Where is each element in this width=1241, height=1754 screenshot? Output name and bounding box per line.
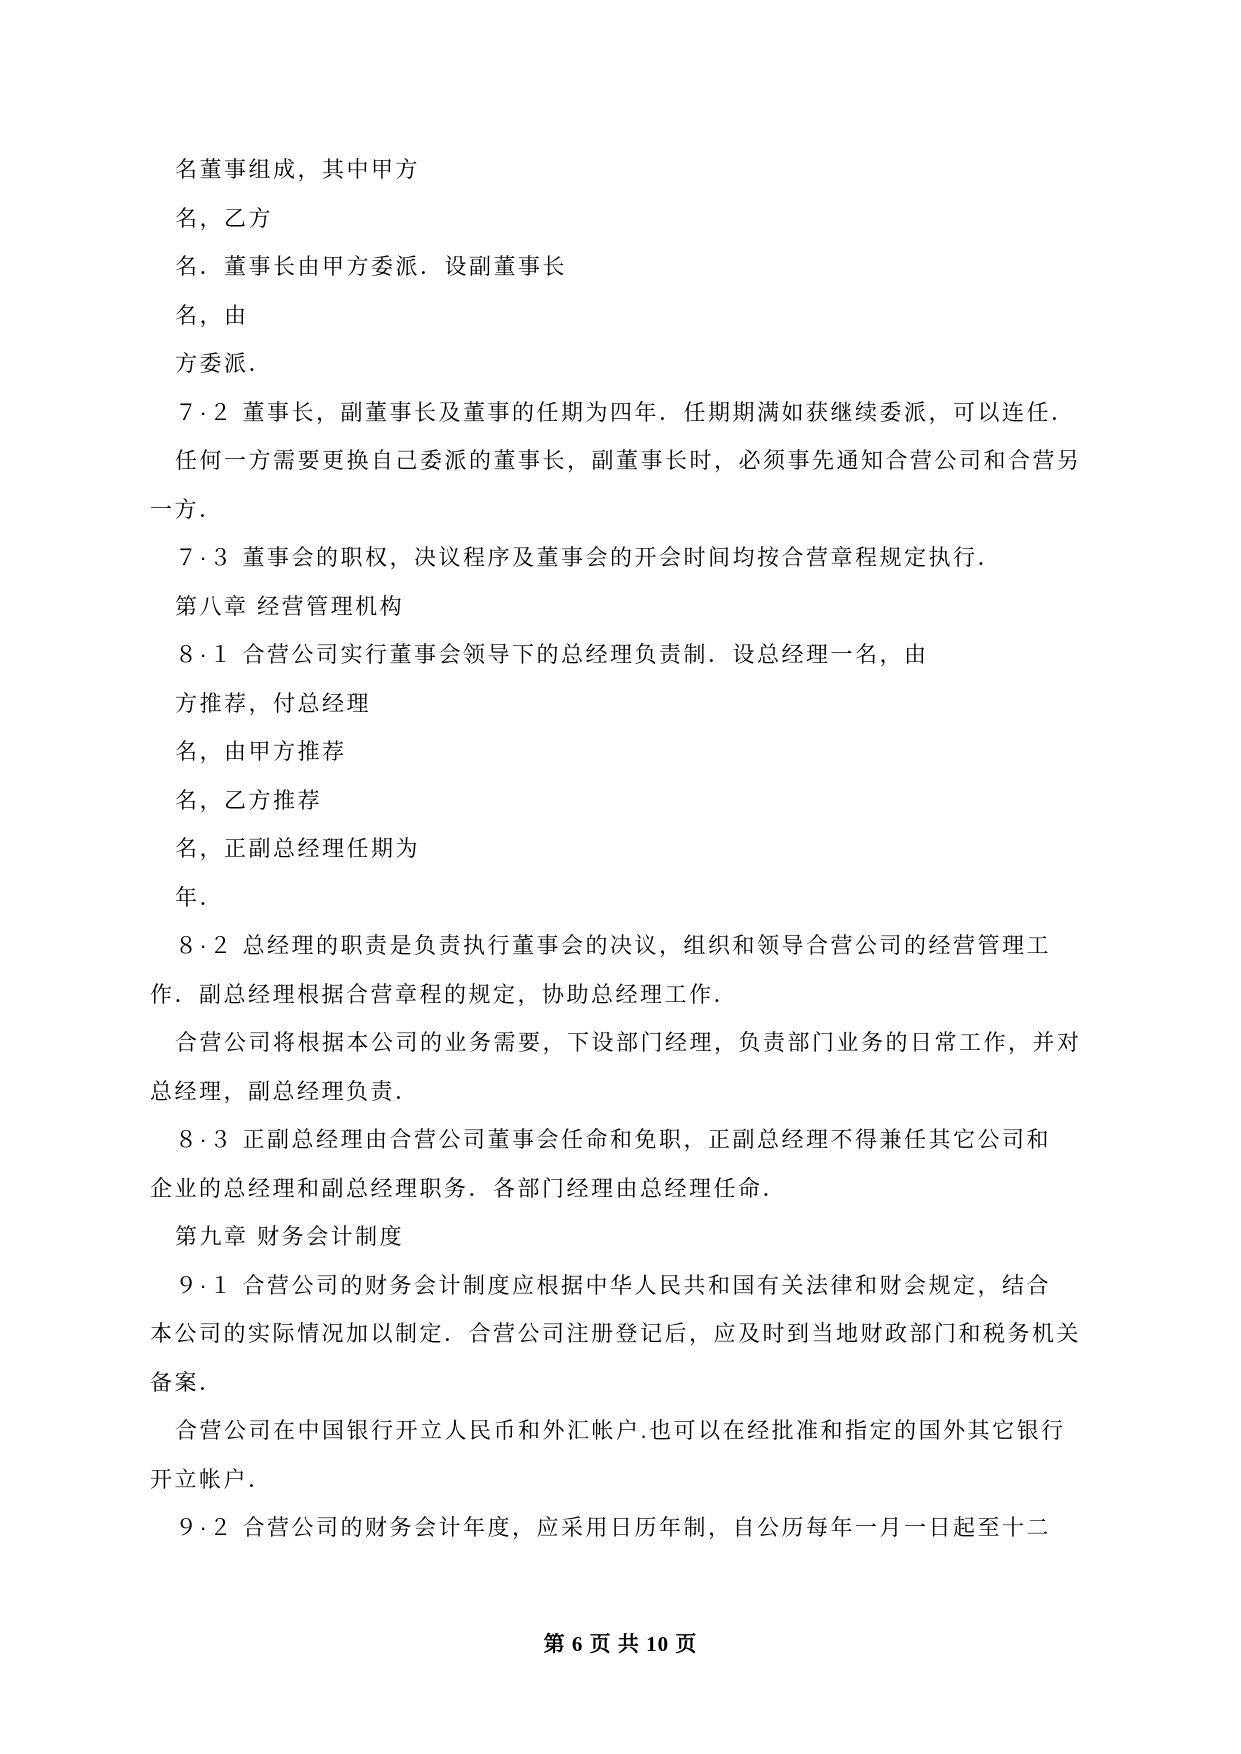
text-line: 年．: [150, 874, 1110, 923]
text-line: 本公司的实际情况加以制定．合营公司注册登记后，应及时到当地财政部门和税务机关: [150, 1310, 1110, 1359]
text-line: 任何一方需要更换自己委派的董事长，副董事长时，必须事先通知合营公司和合营另: [150, 437, 1110, 486]
text-line: 名，乙方推荐: [150, 777, 1110, 826]
text-line: ９·２ 合营公司的财务会计年度，应采用日历年制，自公历每年一月一日起至十二: [150, 1504, 1110, 1553]
text-line: ９·１ 合营公司的财务会计制度应根据中华人民共和国有关法律和财会规定，结合: [150, 1262, 1110, 1311]
text-line: 名．董事长由甲方委派．设副董事长: [150, 243, 1110, 292]
text-line: 方委派．: [150, 340, 1110, 389]
page-number-footer: 第 6 页 共 10 页: [0, 1628, 1241, 1658]
text-line: 名，由: [150, 292, 1110, 341]
text-line: 名，正副总经理任期为: [150, 825, 1110, 874]
text-line: ７·３ 董事会的职权，决议程序及董事会的开会时间均按合营章程规定执行．: [150, 534, 1110, 583]
text-line: 合营公司在中国银行开立人民币和外汇帐户.也可以在经批准和指定的国外其它银行: [150, 1407, 1110, 1456]
document-page: 名董事组成，其中甲方名，乙方名．董事长由甲方委派．设副董事长名，由方委派．７·２…: [0, 0, 1241, 1754]
text-line: 企业的总经理和副总经理职务．各部门经理由总经理任命．: [150, 1165, 1110, 1214]
text-line: 名董事组成，其中甲方: [150, 146, 1110, 195]
text-line: 备案．: [150, 1359, 1110, 1408]
text-line: 名，乙方: [150, 195, 1110, 244]
document-body: 名董事组成，其中甲方名，乙方名．董事长由甲方委派．设副董事长名，由方委派．７·２…: [150, 146, 1110, 1553]
text-line: ７·２ 董事长，副董事长及董事的任期为四年．任期期满如获继续委派，可以连任．: [150, 389, 1110, 438]
text-line: 方推荐，付总经理: [150, 680, 1110, 729]
text-line: 总经理，副总经理负责．: [150, 1068, 1110, 1117]
text-line: 第八章 经营管理机构: [150, 583, 1110, 632]
text-line: 一方．: [150, 486, 1110, 535]
text-line: ８·１ 合营公司实行董事会领导下的总经理负责制．设总经理一名，由: [150, 631, 1110, 680]
text-line: 开立帐户．: [150, 1456, 1110, 1505]
text-line: 合营公司将根据本公司的业务需要，下设部门经理，负责部门业务的日常工作，并对: [150, 1019, 1110, 1068]
text-line: ８·２ 总经理的职责是负责执行董事会的决议，组织和领导合营公司的经营管理工: [150, 922, 1110, 971]
text-line: ８·３ 正副总经理由合营公司董事会任命和免职，正副总经理不得兼任其它公司和: [150, 1116, 1110, 1165]
text-line: 第九章 财务会计制度: [150, 1213, 1110, 1262]
text-line: 名，由甲方推荐: [150, 728, 1110, 777]
text-line: 作．副总经理根据合营章程的规定，协助总经理工作．: [150, 971, 1110, 1020]
